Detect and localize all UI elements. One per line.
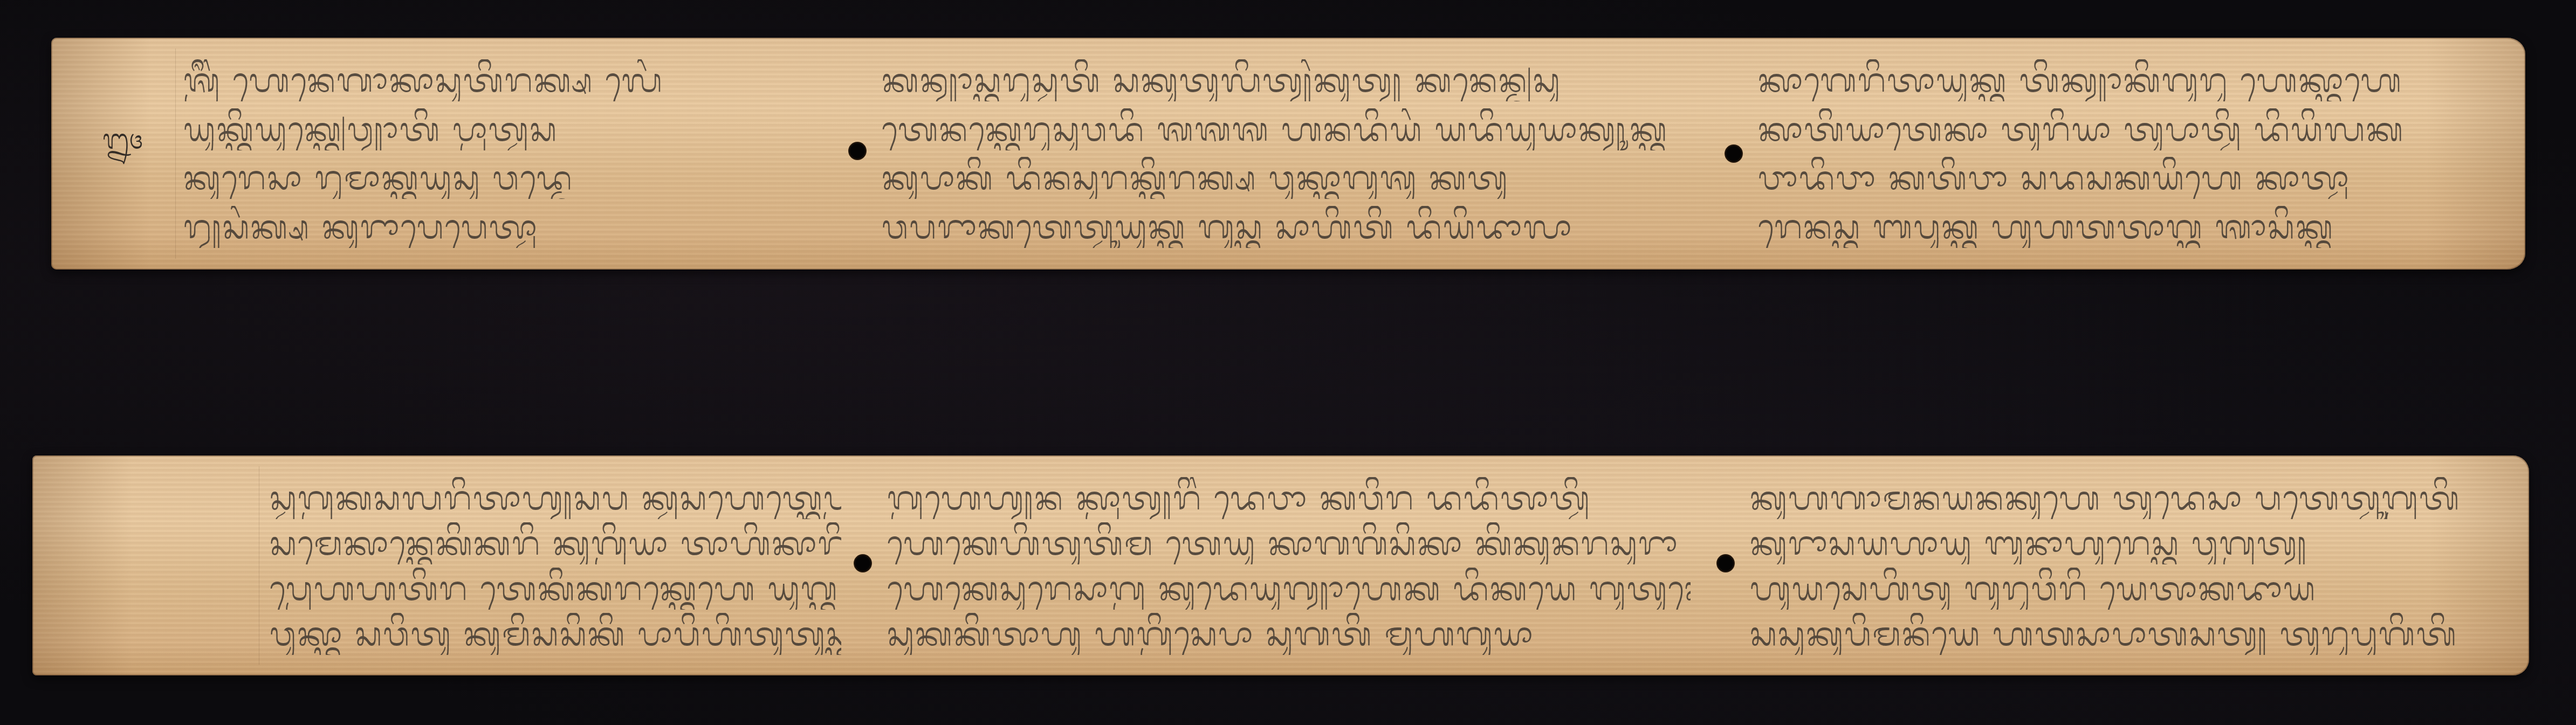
text-line: ᬳᬾᬓᬾᬲᬸᬭᬾᬲᬵᬕ᭄ᬭ ᬓᬸᬤᬾᬬᬸᬕ᭄ᬬᬵᬳᬾᬓ ᬤᬶᬓᬬᬾ ᬕᬸᬢᬸᬲᬾ… bbox=[887, 568, 1691, 610]
folio-number: ᭒᭔ bbox=[102, 119, 143, 169]
text-line: ᬯᬧᬭᬵᬓᬢᬾᬢ᭄ᬯᬸᬬᬸᬓ᭄ᬢᬸ ᬕᬸᬲ᭄ᬢᬸ ᬲᬵᬳᬶᬢᬶ ᬤᬶᬬᬶᬤᬵᬮᬵ bbox=[882, 206, 1712, 248]
text-line: ᬲ᭄ᬯᬕ᭄ᬭᬓᬲᬮᬭᬶᬢᬵᬳ᭄ᬬᬲᬧ ᬓ᭄ᬯᬲᬳᬾᬢ᭄ᬓᬾᬧ᭄ᬭ bbox=[270, 477, 841, 519]
text-block-right: ᬓᬵᬕᬾᬭᬶᬢᬵᬬᬸᬓ᭄ᬢ ᬢᬶᬓ᭄ᬬᬵᬓᬶᬕᬸᬭᬸ ᬳᬾᬓ᭄ᬢᬵᬳᬾ ᬓᬵᬢᬶ… bbox=[1758, 59, 2432, 248]
text-line: ᬯᬵᬤᬶᬯᬵ ᬓᬢᬶᬯᬵ ᬲᬤᬲᬓᬬᬶᬳᬾ ᬓᬵᬢ᭄ᬯᬵ bbox=[1758, 157, 2432, 199]
text-line: ᬓᬸᬳᬕᬵᬫᬦᬬᬦᬓᬸᬳᬾ ᬢᬸᬤᬾᬲᬵ ᬧᬢᬾᬢ᭄ᬯᬸᬕ᭄ᬭᬢᬶ bbox=[1750, 477, 2494, 519]
palm-leaf-folio-1: ᭒᭔ ᬰ᭄ᬭᬷᬂ ᬳᬾᬦᬾᬕᬵᬓᬵᬲᬸᬢᬶᬭᬓ᭄ᬱ ᬮᬾᬂ ᬬᬸᬓ᭄ᬢᬶᬬᬸᬓ᭄… bbox=[51, 38, 2525, 270]
text-line: ᬓᬵᬕᬾᬭᬶᬢᬵᬬᬸᬓ᭄ᬢ ᬢᬶᬓ᭄ᬬᬵᬓᬶᬕᬸᬭᬸ ᬳᬾᬓ᭄ᬢᬵᬳᬾ bbox=[1758, 59, 2432, 101]
text-line: ᬲᬲᬸᬓᬸᬧᬶᬫᬦᬶᬬᬾ ᬳᬢᬲᬵᬧᬵᬢᬲᬢ᭄ᬬ ᬢᬸᬭᬸᬧᬸᬕᬶᬢᬶ bbox=[1750, 613, 2494, 655]
text-line: ᬲᬫᬾᬓᬵᬦ᭄ᬢᬾᬓᬶᬓᬭᬶ ᬓᬸᬕ᭄ᬭᬶᬬᬵ ᬢᬵᬳᬶᬓᬵᬭᬶᬢ᭄ᬬ bbox=[270, 522, 841, 564]
text-line: ᬓᬦ᭄ᬬᬵᬲ᭄ᬢᬸᬭᬸᬲ᭄ᬯᬢᬶ ᬲᬓᬸᬢᬸᬮᬶᬢ᭄ᬬᬂᬓᬸᬢ᭄ᬬ ᬓᬦᬾᬦ᭄ᬤ… bbox=[882, 59, 1712, 101]
text-line: ᬭ᭄ᬬᬲᬂᬓ᭄ᬱ ᬓᬸᬭᬵᬧᬾᬧᬾᬢ᭄ᬯᬵ bbox=[183, 206, 847, 248]
text-line: ᬳᬸᬬᬲᬾᬳᬶᬢᬸ ᬕᬸᬭᬸᬯᬶᬭᬶ ᬬᬾᬢᬵᬓᬤᬵᬬ bbox=[1750, 568, 2494, 610]
string-hole-icon bbox=[1716, 554, 1735, 572]
text-block-left: ᬰ᭄ᬭᬷᬂ ᬳᬾᬦᬾᬕᬵᬓᬵᬲᬸᬢᬶᬭᬓ᭄ᬱ ᬮᬾᬂ ᬬᬸᬓ᭄ᬢᬶᬬᬸᬓ᭄ᬢ᭄ᬭ… bbox=[183, 59, 847, 248]
string-hole-icon bbox=[1725, 144, 1743, 163]
palm-leaf-folio-2: ᬲ᭄ᬯᬕ᭄ᬭᬓᬲᬮᬭᬶᬢᬵᬳ᭄ᬬᬲᬧ ᬓ᭄ᬯᬲᬳᬾᬢ᭄ᬓᬾᬧ᭄ᬭ ᬲᬫᬾᬓᬵᬦ᭄… bbox=[32, 455, 2529, 675]
text-line: ᬰ᭄ᬭᬷᬂ ᬳᬾᬦᬾᬕᬵᬓᬵᬲᬸᬢᬶᬭᬓ᭄ᬱ ᬮᬾᬂ bbox=[183, 59, 847, 101]
text-block-right: ᬓᬸᬳᬕᬵᬫᬦᬬᬦᬓᬸᬳᬾ ᬢᬸᬤᬾᬲᬵ ᬧᬢᬾᬢ᭄ᬯᬸᬕ᭄ᬭᬢᬶ ᬓᬸᬭᬵᬲᬬ… bbox=[1750, 477, 2494, 655]
text-line: ᬭᬾᬦᬲ᭄ᬢ ᬩᬧᬸᬓ᭄ᬢ ᬳᬸᬳᬢᬢᬵᬕ᭄ᬕᬸ ᬰᬵᬲᬶᬓ᭄ᬢ bbox=[1758, 206, 2432, 248]
text-line: ᬲᬸᬓᬓᬶᬢᬵᬳᬸ ᬳᬕ᭄ᬭᬶᬲᬾᬧᬵ ᬲᬸᬕᬢᬶ ᬫᬸᬳᬕᬸᬬᬵ bbox=[887, 613, 1691, 655]
text-line: ᬧ᭄ᬭᬾᬳᬳᬢᬶᬭ ᬢᬾᬓᬶᬓᬭᬓ᭄ᬢᬾᬳᬾ ᬬᬸᬕ᭄ᬢᬸ ᬓᬵᬧ bbox=[270, 568, 841, 610]
text-line: ᬓᬸᬧᬵᬓᬶ ᬤᬶᬦᬲᬸᬭᬓ᭄ᬢᬶᬭᬓ᭄ᬱ ᬯᬸᬓ᭄ᬢᬵᬕᬸᬰᬸ ᬓᬢᬸ bbox=[882, 157, 1712, 199]
text-line: ᬓᬸᬭᬾᬲᬵ ᬭᬸᬫᬵᬓ᭄ᬢᬬᬸᬲᬸ ᬯᬤ᭄ᬤᬾ bbox=[183, 157, 847, 199]
text-block-left: ᬲ᭄ᬯᬕ᭄ᬭᬓᬲᬮᬭᬶᬢᬵᬳ᭄ᬬᬲᬧ ᬓ᭄ᬯᬲᬳᬾᬢ᭄ᬓᬾᬧ᭄ᬭ ᬲᬫᬾᬓᬵᬦ᭄… bbox=[270, 477, 841, 655]
text-block-middle: ᬕ᭄ᬭᬳᬾᬳ᭄ᬬᬦ ᬓ᭄ᬭᬵᬢ᭄ᬬᬭᬶᬂ ᬤᬾᬯᬵ ᬓᬯᬶᬭ ᬤᬤᬶᬢᬵᬢ᭄ᬯᬶ… bbox=[887, 477, 1691, 655]
text-line: ᬳᬾᬓᬾᬳᬶᬢᬸᬢᬶᬫ ᬢᬾᬬᬸ ᬓᬵᬕᬕᬶᬲᬶᬓᬵ ᬓᬶᬓᬸᬦᬭᬲᬸᬭᬵ bbox=[887, 522, 1691, 564]
text-line: ᬬᬸᬓ᭄ᬢᬶᬬᬸᬓ᭄ᬢ᭄ᬭᬾᬯ᭄ᬬᬵᬢᬶ ᬧ᭄ᬭᬵᬢ᭄ᬯᬲ bbox=[183, 108, 847, 150]
margin-rule bbox=[175, 49, 176, 259]
text-line: ᬓᬸᬭᬵᬲᬬᬳᬵᬬᬸ ᬩᬸᬦᬵᬳᬸᬭᬾᬲ᭄ᬢᬸ ᬯᬸᬕ᭄ᬭᬢ᭄ᬬ bbox=[1750, 522, 2494, 564]
string-hole-icon bbox=[848, 142, 867, 160]
string-hole-icon bbox=[854, 554, 872, 572]
text-line: ᬢᬾᬦᬓ᭄ᬢᬾᬭᬸᬲᬸᬯᬤᬶ ᬰᬰᬰ ᬳᬦᬤᬶᬬᬂ ᬬᬤᬶᬬᬸᬬᬵᬓ᭄ᬬᬸᬓ᭄ᬢ bbox=[882, 108, 1712, 150]
text-line: ᬕ᭄ᬭᬳᬾᬳ᭄ᬬᬦ ᬓ᭄ᬭᬵᬢ᭄ᬬᬭᬶᬂ ᬤᬾᬯᬵ ᬓᬯᬶᬭ ᬤᬤᬶᬢᬵᬢ᭄ᬯᬶ bbox=[887, 477, 1691, 519]
margin-rule bbox=[259, 466, 259, 665]
text-line: ᬓᬵᬢᬶᬬᬵᬢᬾᬓᬵ ᬢᬸᬭᬶᬬᬵ ᬢᬸᬧᬵᬢ᭄ᬯᬶ ᬤᬶᬬᬶᬮᬓ bbox=[1758, 108, 2432, 150]
text-block-middle: ᬓᬦ᭄ᬬᬵᬲ᭄ᬢᬸᬭᬸᬲ᭄ᬯᬢᬶ ᬲᬓᬸᬢᬸᬮᬶᬢ᭄ᬬᬂᬓᬸᬢ᭄ᬬ ᬓᬦᬾᬦ᭄ᬤ… bbox=[882, 59, 1712, 248]
text-line: ᬯᬸᬓ᭄ᬢᬵ ᬲᬯᬶᬢᬸ ᬓᬸᬫᬶᬲᬲᬶᬓᬶ ᬧᬵᬧᬶᬳᬶᬢᬸᬢᬸᬲ᭄ᬢ bbox=[270, 613, 841, 655]
